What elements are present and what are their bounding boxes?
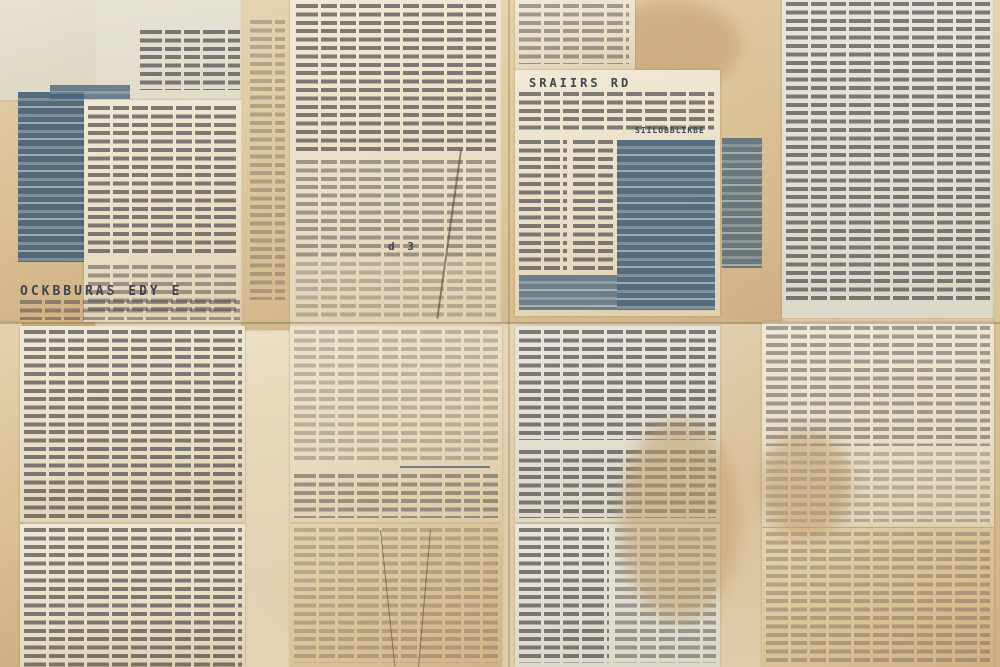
headline-banner-top-left: OCKBBURAS EDY E	[20, 284, 182, 299]
clipping-bottom-right-bottom	[762, 528, 994, 667]
text-columns	[88, 106, 238, 256]
text-columns	[519, 4, 629, 64]
headline-subheading: SIILOBBLIKBE	[635, 126, 705, 135]
clipping-top-center-left: d 3	[290, 0, 502, 322]
text-columns	[294, 330, 498, 460]
text-columns	[294, 528, 498, 663]
halftone-strip-center	[519, 275, 617, 310]
water-stain	[620, 420, 740, 620]
halftone-photo-right-fragment	[722, 138, 762, 268]
text-columns	[766, 326, 990, 446]
text-columns	[573, 140, 613, 270]
text-columns	[140, 30, 240, 90]
divider	[400, 466, 490, 468]
paper-strip-right-edge	[994, 0, 1000, 667]
text-columns	[519, 140, 567, 270]
headline-srairs: SRAIIRS RD	[529, 76, 631, 90]
clipping-bottom-left-top	[20, 326, 245, 522]
paper-strip-left-edge	[0, 322, 22, 667]
clipping-bottom-center-left-top	[290, 326, 502, 522]
clipping-bottom-left-bottom	[20, 524, 245, 667]
text-columns	[296, 4, 496, 154]
halftone-photo-center	[617, 140, 715, 310]
newspaper-collage: OCKBBURAS EDY E d 3 SRAIIRS RD SIILOBBLI…	[0, 0, 1000, 667]
fold-line-horizontal	[0, 322, 1000, 324]
clipping-bottom-center-left-bottom	[290, 524, 502, 667]
text-columns	[296, 262, 496, 317]
text-columns	[20, 300, 240, 320]
headline-fragment: d 3	[388, 240, 417, 253]
text-columns	[250, 20, 285, 300]
text-columns	[24, 430, 242, 518]
halftone-strip-top-left	[50, 85, 130, 99]
text-columns	[294, 474, 498, 518]
halftone-photo-top-left	[18, 92, 84, 262]
text-columns	[786, 2, 990, 302]
text-columns	[766, 532, 990, 663]
clipping-top-right	[782, 0, 994, 318]
clipping-srairs-article: SRAIIRS RD SIILOBBLIKBE	[515, 70, 720, 316]
text-columns	[519, 528, 609, 663]
text-columns	[24, 330, 242, 428]
text-columns	[24, 528, 242, 667]
clipping-top-center-right	[515, 0, 635, 70]
water-stain	[760, 430, 850, 540]
fold-line-vertical	[508, 0, 510, 667]
